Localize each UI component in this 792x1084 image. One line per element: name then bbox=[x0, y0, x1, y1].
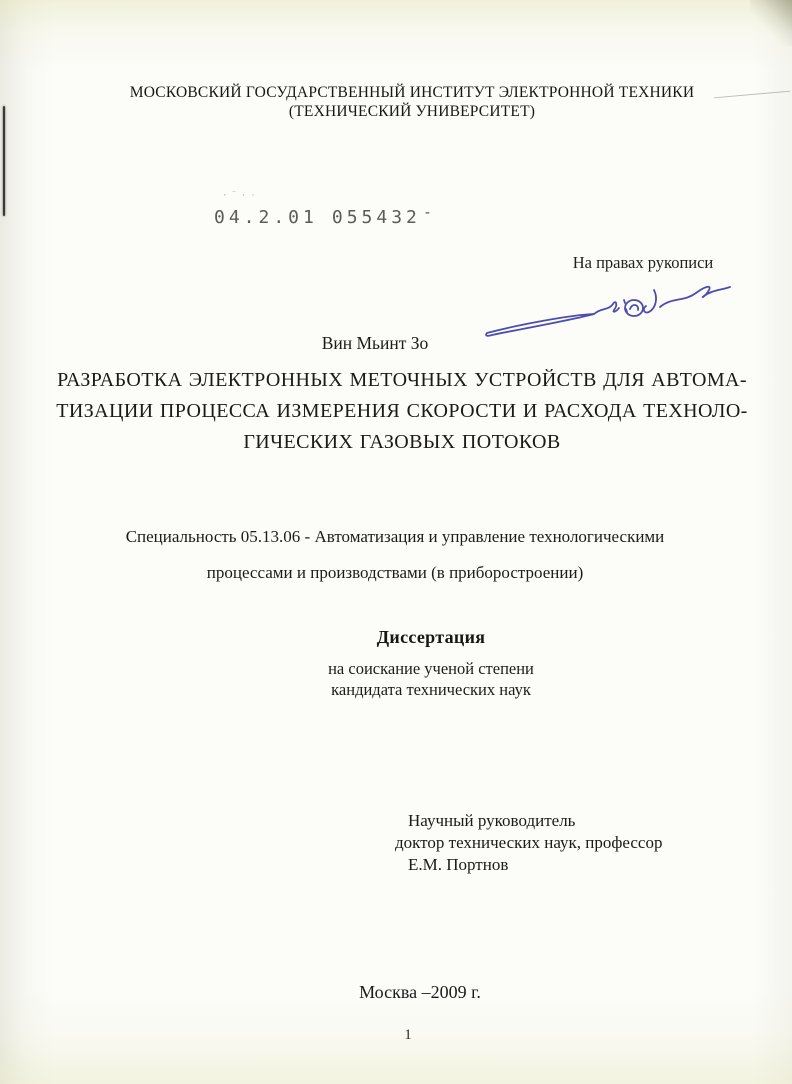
signature-scrawl bbox=[594, 302, 619, 314]
specialty-line-1: Специальность 05.13.06 - Автоматизация и… bbox=[15, 519, 775, 555]
degree-block: на соискание ученой степени кандидата те… bbox=[68, 658, 792, 700]
stamp-number-group1: 04.2.01 bbox=[214, 207, 318, 228]
supervisor-degree: доктор технических наук, профессор bbox=[395, 832, 725, 854]
title-line-1: РАЗРАБОТКА ЭЛЕКТРОННЫХ МЕТОЧНЫХ УСТРОЙСТ… bbox=[22, 365, 782, 396]
dissertation-title-page: ·¨·· МОСКОВСКИЙ ГОСУДАРСТВЕННЫЙ ИНСТИТУТ… bbox=[0, 0, 792, 1084]
page-number: 1 bbox=[30, 1027, 786, 1044]
degree-line-2: кандидата технических наук bbox=[68, 679, 792, 700]
stamp-suffix-mark: - bbox=[423, 203, 436, 221]
institution-name: МОСКОВСКИЙ ГОСУДАРСТВЕННЫЙ ИНСТИТУТ ЭЛЕК… bbox=[32, 84, 792, 103]
specialty-line-2: процессами и производствами (в приборост… bbox=[15, 555, 775, 591]
supervisor-label: Научный руководитель bbox=[395, 810, 725, 832]
dissertation-title: РАЗРАБОТКА ЭЛЕКТРОННЫХ МЕТОЧНЫХ УСТРОЙСТ… bbox=[22, 365, 782, 458]
supervisor-block: Научный руководитель доктор технических … bbox=[395, 810, 725, 876]
author-name: Вин Мьинт Зо bbox=[0, 333, 750, 354]
institution-header: МОСКОВСКИЙ ГОСУДАРСТВЕННЫЙ ИНСТИТУТ ЭЛЕК… bbox=[32, 84, 792, 121]
city-year: Москва –2009 г. bbox=[48, 982, 792, 1003]
inventory-stamp: 04.2.01055432- bbox=[214, 203, 436, 228]
signature-circle-glyph bbox=[625, 300, 643, 316]
signature-hook bbox=[644, 290, 656, 312]
document-type: Диссертация bbox=[68, 627, 792, 648]
degree-line-1: на соискание ученой степени bbox=[68, 658, 792, 679]
signature-tail-wave bbox=[660, 287, 730, 307]
scan-corner-smudge bbox=[750, 0, 792, 46]
manuscript-rights-note: На правах рукописи bbox=[533, 253, 753, 273]
title-line-2: ТИЗАЦИИ ПРОЦЕССА ИЗМЕРЕНИЯ СКОРОСТИ И РА… bbox=[22, 396, 782, 427]
stamp-noise-artifact: ·¨·· bbox=[222, 192, 292, 200]
stamp-number-group2: 055432 bbox=[332, 207, 421, 228]
supervisor-name: Е.М. Портнов bbox=[395, 854, 725, 876]
scan-edge-artifact bbox=[3, 106, 5, 216]
title-line-3: ГИЧЕСКИХ ГАЗОВЫХ ПОТОКОВ bbox=[22, 427, 782, 458]
specialty-block: Специальность 05.13.06 - Автоматизация и… bbox=[15, 519, 775, 591]
institution-subtitle: (ТЕХНИЧЕСКИЙ УНИВЕРСИТЕТ) bbox=[32, 103, 792, 122]
